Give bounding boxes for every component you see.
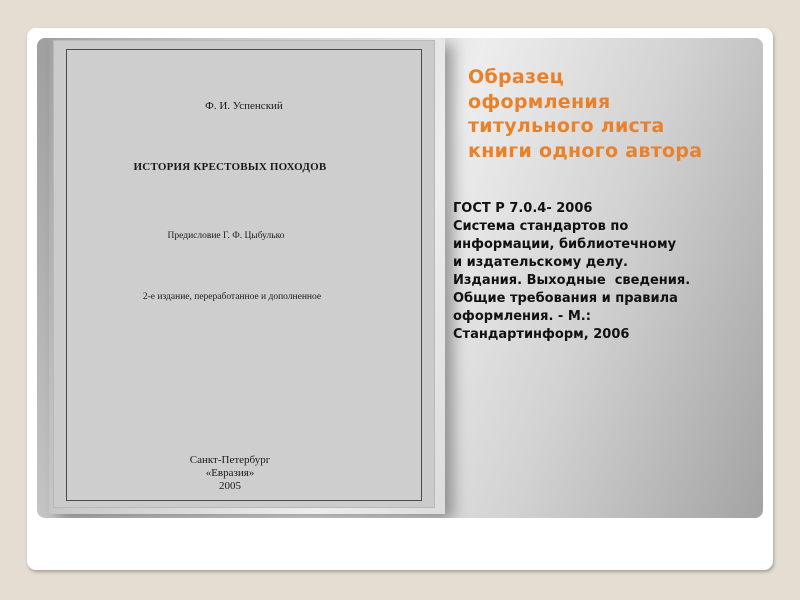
slide-title-line: оформления (468, 90, 758, 115)
reference-line: и издательскому делу. (453, 254, 753, 272)
content-panel: Ф. И. Успенский ИСТОРИЯ КРЕСТОВЫХ ПОХОДО… (37, 38, 763, 518)
slide-title-line: книги одного автора (468, 139, 758, 164)
reference-line: ГОСТ Р 7.0.4- 2006 (453, 200, 753, 218)
reference-line: Система стандартов по (453, 218, 753, 236)
book-publisher: «Евразия» (53, 467, 407, 480)
book-edition: 2-е издание, переработанное и дополненно… (55, 292, 409, 302)
title-page-image: Ф. И. Успенский ИСТОРИЯ КРЕСТОВЫХ ПОХОДО… (53, 40, 435, 508)
reference-line: Общие требования и правила (453, 290, 753, 308)
book-year: 2005 (53, 480, 407, 493)
reference-line: Издания. Выходные сведения. (453, 272, 753, 290)
reference-line: оформления. - М.: (453, 308, 753, 326)
book-title: ИСТОРИЯ КРЕСТОВЫХ ПОХОДОВ (53, 161, 407, 173)
slide-title-line: титульного листа (468, 114, 758, 139)
reference-line: информации, библиотечному (453, 236, 753, 254)
book-author: Ф. И. Успенский (67, 100, 421, 112)
slide-title-line: Образец (468, 65, 758, 90)
book-city: Санкт-Петербург (53, 454, 407, 467)
reference-line: Стандартинформ, 2006 (453, 326, 753, 344)
slide-title: Образец оформления титульного листа книг… (468, 65, 758, 163)
gost-reference: ГОСТ Р 7.0.4- 2006 Система стандартов по… (453, 200, 753, 344)
slide-card: Ф. И. Успенский ИСТОРИЯ КРЕСТОВЫХ ПОХОДО… (27, 28, 773, 570)
book-foreword: Предисловие Г. Ф. Цыбулько (49, 231, 403, 241)
title-page-frame: Ф. И. Успенский ИСТОРИЯ КРЕСТОВЫХ ПОХОДО… (66, 49, 422, 501)
